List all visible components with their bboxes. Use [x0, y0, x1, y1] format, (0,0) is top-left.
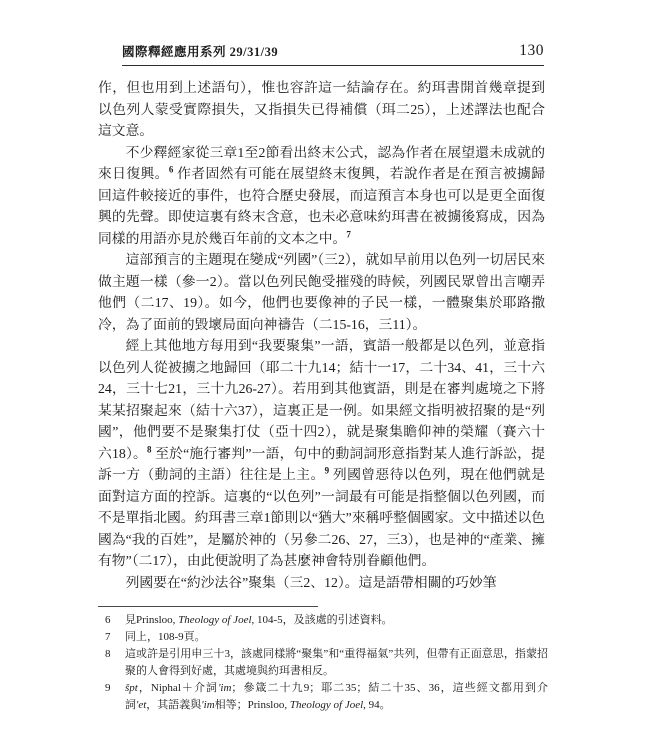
footnote-number: 7 — [98, 629, 125, 646]
body-paragraph: 這部預言的主題現在變成“列國”（三2），就如早前用以色列一切居民來做主題一樣（參… — [98, 249, 545, 335]
footnote-number: 9 — [98, 680, 125, 714]
text-run: 同上，108-9頁。 — [125, 631, 206, 643]
footnote-separator — [98, 606, 318, 607]
body-paragraph: 作，但也用到上述語句），惟也容許這一結論存在。約珥書開首幾章提到以色列人蒙受實際… — [98, 77, 545, 142]
text-run: Theology of Joel — [290, 699, 363, 711]
page-number: 130 — [519, 42, 544, 60]
text-run: 經上其他地方每用到“我要聚集”一語，賓語一般都是以色列，並意指以色列人從被擄之地… — [98, 338, 545, 461]
text-run: 列國要在“約沙法谷”聚集（三2、12）。這是語帶相關的巧妙筆 — [126, 575, 497, 590]
text-run: , 94。 — [363, 699, 391, 711]
footnote: 6見Prinsloo, Theology of Joel, 104-5，及該處的… — [98, 612, 548, 629]
text-run: 見Prinsloo, — [125, 614, 178, 626]
text-run: špt — [125, 682, 138, 694]
text-run: , 104-5，及該處的引述資料。 — [252, 614, 393, 626]
text-run: ，Niphal＋介詞 — [138, 682, 218, 694]
footnotes: 6見Prinsloo, Theology of Joel, 104-5，及該處的… — [98, 612, 548, 714]
footnote-text: 見Prinsloo, Theology of Joel, 104-5，及該處的引… — [125, 612, 548, 629]
footnote-number: 8 — [98, 646, 125, 680]
text-run: 'et — [136, 699, 146, 711]
footnote: 8這或許是引用申三十3，該處同樣將“聚集”和“重得福氣”共列，但帶有正面意思，指… — [98, 646, 548, 680]
text-run: 相等；Prinsloo, — [215, 699, 290, 711]
footnote-text: 這或許是引用申三十3，該處同樣將“聚集”和“重得福氣”共列，但帶有正面意思，指蒙… — [125, 646, 548, 680]
footnote-number: 6 — [98, 612, 125, 629]
body-paragraph: 列國要在“約沙法谷”聚集（三2、12）。這是語帶相關的巧妙筆 — [98, 572, 545, 594]
body-paragraph: 不少釋經家從三章1至2節看出終末公式，認為作者在展望還未成就的來日復興。6 作者… — [98, 142, 545, 250]
text-run: 列國曾惡待以色列，現在他們就是面對這方面的控訴。這裏的“以色列”一詞最有可能是指… — [98, 467, 545, 568]
text-run: 'im — [218, 682, 231, 694]
footnote: 7同上，108-9頁。 — [98, 629, 548, 646]
book-page: 國際釋經應用系列 29/31/39 130 作，但也用到上述語句），惟也容許這一… — [0, 0, 650, 750]
footnote-text: 同上，108-9頁。 — [125, 629, 548, 646]
page-header: 國際釋經應用系列 29/31/39 130 — [122, 42, 544, 66]
footnote-text: špt，Niphal＋介詞'im；參箴二十九9；耶二35；結二十35、36，這些… — [125, 680, 548, 714]
text-run: 'im — [201, 699, 214, 711]
body-text: 作，但也用到上述語句），惟也容許這一結論存在。約珥書開首幾章提到以色列人蒙受實際… — [98, 77, 545, 593]
text-run: 這或許是引用申三十3，該處同樣將“聚集”和“重得福氣”共列，但帶有正面意思，指蒙… — [125, 648, 548, 677]
text-run: 作，但也用到上述語句），惟也容許這一結論存在。約珥書開首幾章提到以色列人蒙受實際… — [98, 80, 545, 138]
footnote: 9špt，Niphal＋介詞'im；參箴二十九9；耶二35；結二十35、36，這… — [98, 680, 548, 714]
series-title: 國際釋經應用系列 29/31/39 — [122, 42, 278, 60]
text-run: Theology of Joel — [178, 614, 251, 626]
text-run: ，其語義與 — [146, 699, 201, 711]
body-paragraph: 經上其他地方每用到“我要聚集”一語，賓語一般都是以色列，並意指以色列人從被擄之地… — [98, 335, 545, 572]
footnote-reference: 7 — [346, 229, 351, 239]
text-run: 這部預言的主題現在變成“列國”（三2），就如早前用以色列一切居民來做主題一樣（參… — [98, 252, 545, 332]
